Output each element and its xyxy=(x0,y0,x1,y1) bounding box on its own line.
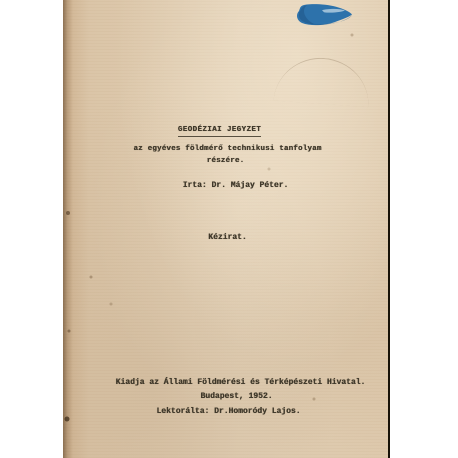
author-line: Irta: Dr. Májay Péter. xyxy=(73,181,398,190)
title-line: GEODÉZIAI JEGYZET xyxy=(57,126,382,134)
reviewer-line: Lektorálta: Dr.Homoródy Lajos. xyxy=(66,407,391,416)
subtitle-line-2: részére. xyxy=(63,157,388,165)
document-title: GEODÉZIAI JEGYZET xyxy=(178,126,261,137)
publisher-line: Kiadja az Állami Földmérési és Térképész… xyxy=(78,378,403,387)
blue-paint-mark xyxy=(294,2,354,28)
binding-edge xyxy=(63,0,73,458)
pencil-scratch-mark xyxy=(274,55,372,108)
manuscript-note: Kézirat. xyxy=(65,233,390,242)
place-year-line: Budapest, 1952. xyxy=(74,392,399,401)
scan-background: GEODÉZIAI JEGYZET az egyéves földmérő te… xyxy=(0,0,458,458)
subtitle-line-1: az egyéves földmérő technikusi tanfolyam xyxy=(65,145,390,153)
paper-specks xyxy=(63,0,65,2)
book-page: GEODÉZIAI JEGYZET az egyéves földmérő te… xyxy=(63,0,390,458)
